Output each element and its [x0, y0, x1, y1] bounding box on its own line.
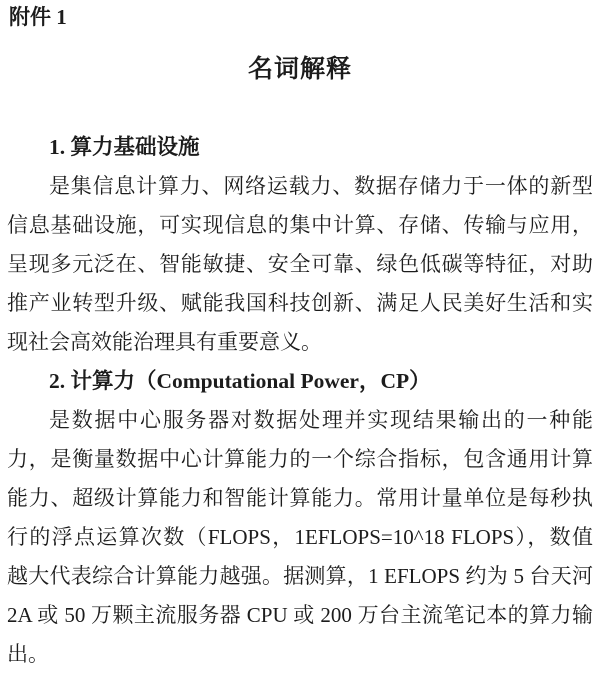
section-2-text-line: 力，是衡量数据中心计算能力的一个综合指标，包含通用计算: [7, 440, 593, 479]
section-2-text-line: 是数据中心服务器对数据处理并实现结果输出的一种能: [7, 401, 593, 440]
attachment-label: 附件 1: [7, 4, 593, 30]
section-1-text-line: 现社会高效能治理具有重要意义。: [7, 323, 593, 362]
section-2-text-line: 行的浮点运算次数（FLOPS，1EFLOPS=10^18 FLOPS），数值: [7, 518, 593, 557]
document-body: 1. 算力基础设施 是集信息计算力、网络运载力、数据存储力于一体的新型 信息基础…: [7, 128, 593, 674]
section-1-heading: 1. 算力基础设施: [7, 128, 593, 167]
document-page: 附件 1 名词解释 1. 算力基础设施 是集信息计算力、网络运载力、数据存储力于…: [0, 0, 600, 681]
section-2-heading: 2. 计算力（Computational Power，CP）: [7, 362, 593, 401]
section-2-text-line: 越大代表综合计算能力越强。据测算，1 EFLOPS 约为 5 台天河: [7, 557, 593, 596]
section-2-text-line: 2A 或 50 万颗主流服务器 CPU 或 200 万台主流笔记本的算力输: [7, 596, 593, 635]
section-1-text-line: 信息基础设施，可实现信息的集中计算、存储、传输与应用，: [7, 206, 593, 245]
page-title: 名词解释: [7, 54, 593, 86]
section-2-text-line: 出。: [7, 635, 593, 674]
section-2-text-line: 能力、超级计算能力和智能计算能力。常用计量单位是每秒执: [7, 479, 593, 518]
section-1-text-line: 是集信息计算力、网络运载力、数据存储力于一体的新型: [7, 167, 593, 206]
section-1-text-line: 呈现多元泛在、智能敏捷、安全可靠、绿色低碳等特征，对助: [7, 245, 593, 284]
section-1-text-line: 推产业转型升级、赋能我国科技创新、满足人民美好生活和实: [7, 284, 593, 323]
